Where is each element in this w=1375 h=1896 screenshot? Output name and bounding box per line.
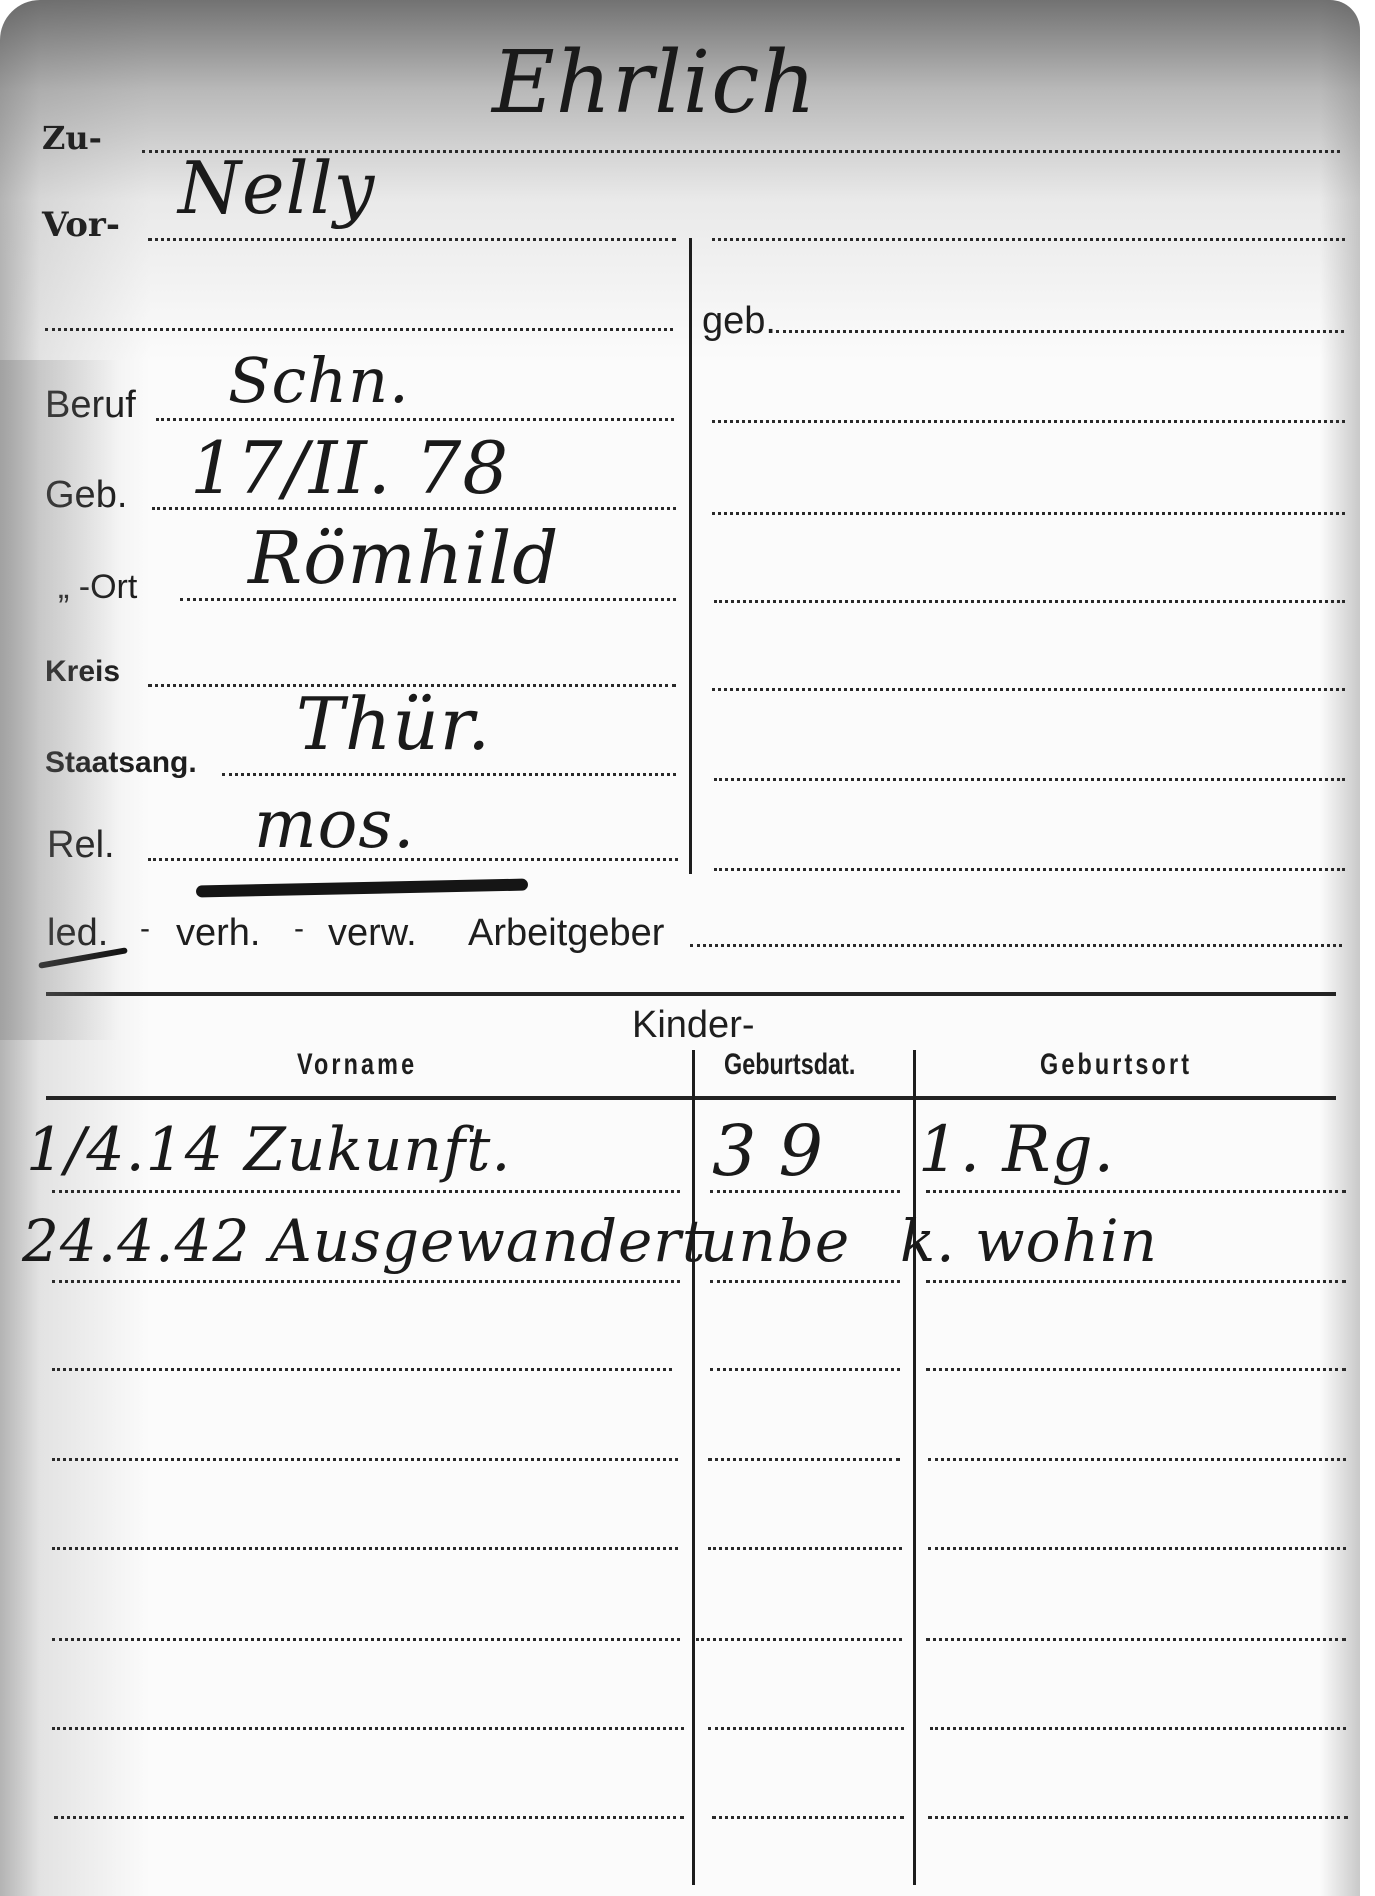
value-surname: Ehrlich	[492, 40, 817, 126]
label-religion: Rel.	[47, 826, 115, 864]
row-line-vorname	[52, 1458, 678, 1461]
firstname-line	[148, 238, 676, 241]
row-line-geburtsort	[930, 1727, 1346, 1730]
upper-column-divider	[689, 238, 692, 874]
label-birth-date: Geb.	[45, 476, 127, 514]
row-line-geburtsdat	[708, 1727, 904, 1730]
row-line-geburtsdat	[708, 1547, 902, 1550]
right-line-8	[714, 868, 1345, 871]
registration-card: Zu- Vor- geb. Beruf Geb. „ -Ort Kreis St…	[0, 0, 1360, 1896]
table-divider-2	[913, 1050, 916, 1885]
row-line-geburtsdat	[710, 1280, 900, 1283]
row-line-geburtsort	[928, 1458, 1346, 1461]
row-line-geburtsdat	[712, 1816, 904, 1819]
row-line-geburtsort	[926, 1190, 1346, 1193]
row-line-vorname	[52, 1727, 684, 1730]
row-line-geburtsort	[926, 1280, 1346, 1283]
marital-widowed-option: verw.	[328, 914, 417, 952]
right-line-6	[712, 688, 1345, 691]
born-nee-line	[776, 330, 1344, 333]
row-line-vorname	[52, 1368, 672, 1371]
child-row1-geburtsdat: 39	[712, 1116, 845, 1186]
child-row2-geburtsdat: unbe	[700, 1212, 850, 1270]
label-firstname: Vor-	[42, 208, 120, 242]
value-firstname: Nelly	[178, 152, 375, 224]
section-divider	[46, 992, 1336, 996]
row-line-geburtsdat	[710, 1368, 900, 1371]
employer-line	[690, 944, 1342, 947]
children-section-title: Kinder-	[632, 1006, 755, 1044]
row-line-vorname	[52, 1638, 680, 1641]
row-line-vorname	[54, 1816, 684, 1819]
row-line-geburtsort	[928, 1547, 1346, 1550]
row-line-vorname	[52, 1280, 680, 1283]
marital-separator: -	[294, 914, 304, 944]
row-line-geburtsort	[926, 1368, 1346, 1371]
table-header-rule	[46, 1096, 1336, 1100]
label-surname: Zu-	[42, 122, 102, 154]
child-row1-geburtsort: 1. Rg.	[918, 1118, 1115, 1182]
row-line-geburtsort	[928, 1816, 1348, 1819]
right-line-4	[712, 512, 1345, 515]
value-religion: mos.	[254, 792, 415, 858]
column-header-vorname: Vorname	[297, 1050, 417, 1080]
right-line-1	[712, 238, 1345, 241]
marital-single-option: led.	[47, 914, 108, 952]
value-citizenship: Thür.	[296, 688, 491, 760]
right-line-3	[712, 420, 1345, 423]
label-district: Kreis	[45, 657, 120, 687]
value-occupation: Schn.	[228, 350, 410, 412]
child-row2-geburtsort: k. wohin	[900, 1212, 1158, 1270]
column-header-geburtsort: Geburtsort	[1040, 1050, 1192, 1080]
right-line-7	[714, 778, 1345, 781]
label-born-nee: geb.	[702, 302, 776, 340]
citizenship-line	[222, 773, 676, 776]
label-birth-place: „ -Ort	[58, 570, 137, 604]
row-line-geburtsdat	[696, 1638, 902, 1641]
child-row1-vorname: 1/4.14 Zukunft.	[26, 1120, 511, 1180]
child-row2-vorname: 24.4.42 Ausgewandert	[22, 1212, 706, 1270]
label-occupation: Beruf	[45, 386, 136, 424]
row-line-geburtsort	[926, 1638, 1346, 1641]
table-divider-1	[692, 1050, 695, 1885]
row-line-vorname	[52, 1190, 680, 1193]
row3-left-line	[45, 328, 673, 331]
label-citizenship: Staatsang.	[45, 748, 197, 778]
right-line-5	[714, 600, 1345, 603]
row-line-vorname	[52, 1547, 678, 1550]
ink-underline-stroke	[196, 879, 528, 898]
row-line-geburtsdat	[708, 1458, 900, 1461]
column-header-geburtsdat: Geburtsdat.	[724, 1050, 855, 1080]
occupation-line	[156, 418, 674, 421]
value-birth-date: 17/II. 78	[190, 432, 509, 504]
marital-married-option: verh.	[176, 914, 260, 952]
label-employer: Arbeitgeber	[468, 914, 664, 952]
marital-separator: -	[140, 914, 150, 944]
value-birth-place: Römhild	[248, 522, 559, 594]
